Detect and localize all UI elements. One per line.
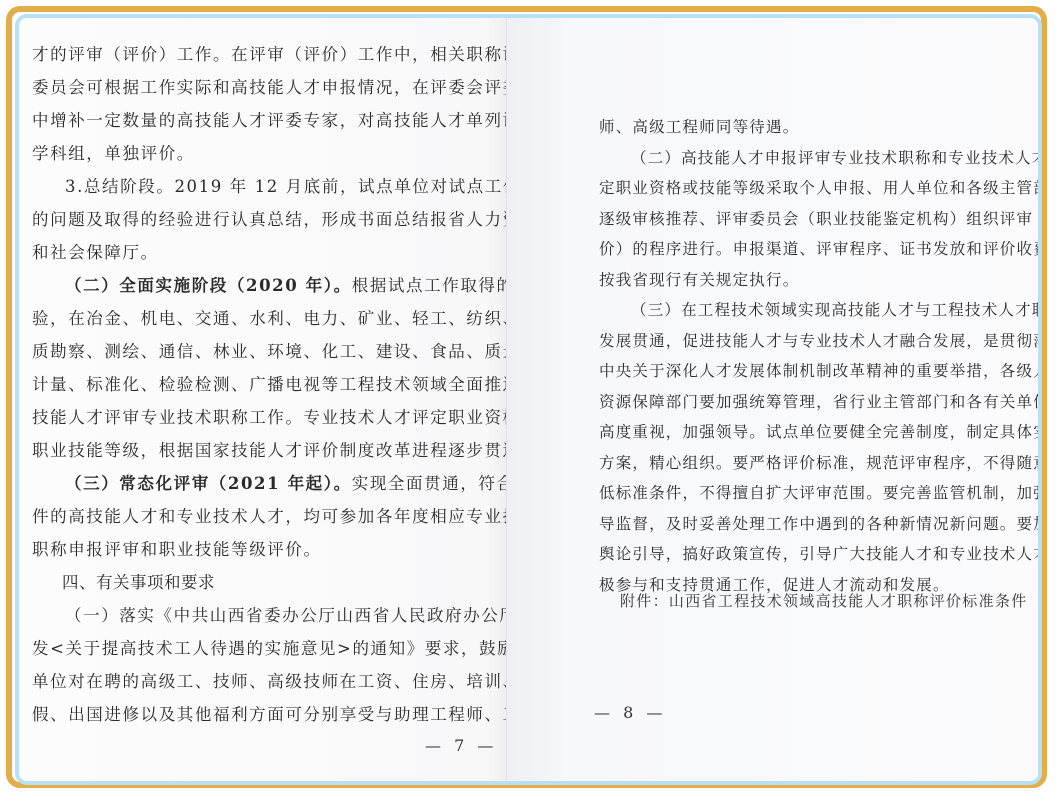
text-line: 职称申报评审和职业技能等级评价。 [32,533,492,566]
text-line: 中央关于深化人才发展体制机制改革精神的重要举措，各级人力 [599,356,1011,387]
text-line: 师、高级工程师同等待遇。 [599,112,1011,143]
text-line: 导监督，及时妥善处理工作中遇到的各种新情况新问题。要加强 [599,509,1011,540]
text-line: （一）落实《中共山西省委办公厅山西省人民政府办公厅印 [32,599,492,632]
text-line: （二）高技能人才申报评审专业技术职称和专业技术人才评 [599,143,1011,174]
text-line: 高度重视，加强领导。试点单位要健全完善制度，制定具体实施 [599,417,1011,448]
right-page-body: 师、高级工程师同等待遇。 （二）高技能人才申报评审专业技术职称和专业技术人才评 … [599,112,1011,600]
text-line: 的问题及取得的经验进行认真总结，形成书面总结报省人力资源 [32,203,492,236]
text-line: （二）全面实施阶段（2020 年）。根据试点工作取得的经 [32,269,492,302]
text-line: （三）在工程技术领域实现高技能人才与工程技术人才职业 [599,295,1011,326]
text-line: 件的高技能人才和专业技术人才，均可参加各年度相应专业技术 [32,500,492,533]
text-line: 定职业资格或技能等级采取个人申报、用人单位和各级主管部门 [599,173,1011,204]
page-7: 才的评审（评价）工作。在评审（评价）工作中，相关职称评审 委员会可根据工作实际和… [19,18,507,781]
text-line: 单位对在聘的高级工、技师、高级技师在工资、住房、培训、休 [32,665,492,698]
text-line: 方案，精心组织。要严格评价标准，规范评审程序，不得随意降 [599,448,1011,479]
text-line: 低标准条件，不得擅自扩大评审范围。要完善监管机制，加强指 [599,478,1011,509]
inner-frame: 才的评审（评价）工作。在评审（评价）工作中，相关职称评审 委员会可根据工作实际和… [15,14,1042,785]
text-line: （三）常态化评审（2021 年起）。实现全面贯通，符合条 [32,467,492,500]
section-heading: （三）常态化评审（2021 年起）。 [65,474,352,493]
page-number: — 7 — [425,736,497,755]
section-heading: （二）全面实施阶段（2020 年）。 [65,276,352,295]
left-page-body: 才的评审（评价）工作。在评审（评价）工作中，相关职称评审 委员会可根据工作实际和… [32,38,492,731]
chapter-heading: 四、有关事项和要求 [32,566,492,599]
text-line: 中增补一定数量的高技能人才评委专家，对高技能人才单列评审 [32,104,492,137]
text-line: 舆论引导，搞好政策宣传，引导广大技能人才和专业技术人才积 [599,539,1011,570]
text-line: 价）的程序进行。申报渠道、评审程序、证书发放和评价收费等 [599,234,1011,265]
page-number: — 8 — [594,703,666,722]
text-line: 假、出国进修以及其他福利方面可分别享受与助理工程师、工程 [32,698,492,731]
text-line: 验，在冶金、机电、交通、水利、电力、矿业、轻工、纺织、地 [32,302,492,335]
document-spread: 才的评审（评价）工作。在评审（评价）工作中，相关职称评审 委员会可根据工作实际和… [19,18,1038,781]
text-line: 发展贯通，促进技能人才与专业技术人才融合发展，是贯彻落实 [599,326,1011,357]
text-line: 逐级审核推荐、评审委员会（职业技能鉴定机构）组织评审（评 [599,204,1011,235]
text-line: 3.总结阶段。2019 年 12 月底前，试点单位对试点工作存在 [32,170,492,203]
text-line: 计量、标准化、检验检测、广播电视等工程技术领域全面推进高 [32,368,492,401]
page-8: 师、高级工程师同等待遇。 （二）高技能人才申报评审专业技术职称和专业技术人才评 … [507,18,1038,781]
text-line: 才的评审（评价）工作。在评审（评价）工作中，相关职称评审 [32,38,492,71]
text-line: 资源保障部门要加强统筹管理，省行业主管部门和各有关单位要 [599,387,1011,418]
text-line: 质勘察、测绘、通信、林业、环境、化工、建设、食品、质量、 [32,335,492,368]
text-line: 按我省现行有关规定执行。 [599,265,1011,296]
text-line: 委员会可根据工作实际和高技能人才申报情况，在评委会评委库 [32,71,492,104]
attachment-note: 附件：山西省工程技术领域高技能人才职称评价标准条件 [620,590,1028,611]
text-line: 技能人才评审专业技术职称工作。专业技术人才评定职业资格或 [32,401,492,434]
text-line: 发<关于提高技术工人待遇的实施意见>的通知》要求，鼓励用人 [32,632,492,665]
text-line: 职业技能等级，根据国家技能人才评价制度改革进程逐步贯通。 [32,434,492,467]
text-line: 和社会保障厅。 [32,236,492,269]
text-line: 学科组，单独评价。 [32,137,492,170]
